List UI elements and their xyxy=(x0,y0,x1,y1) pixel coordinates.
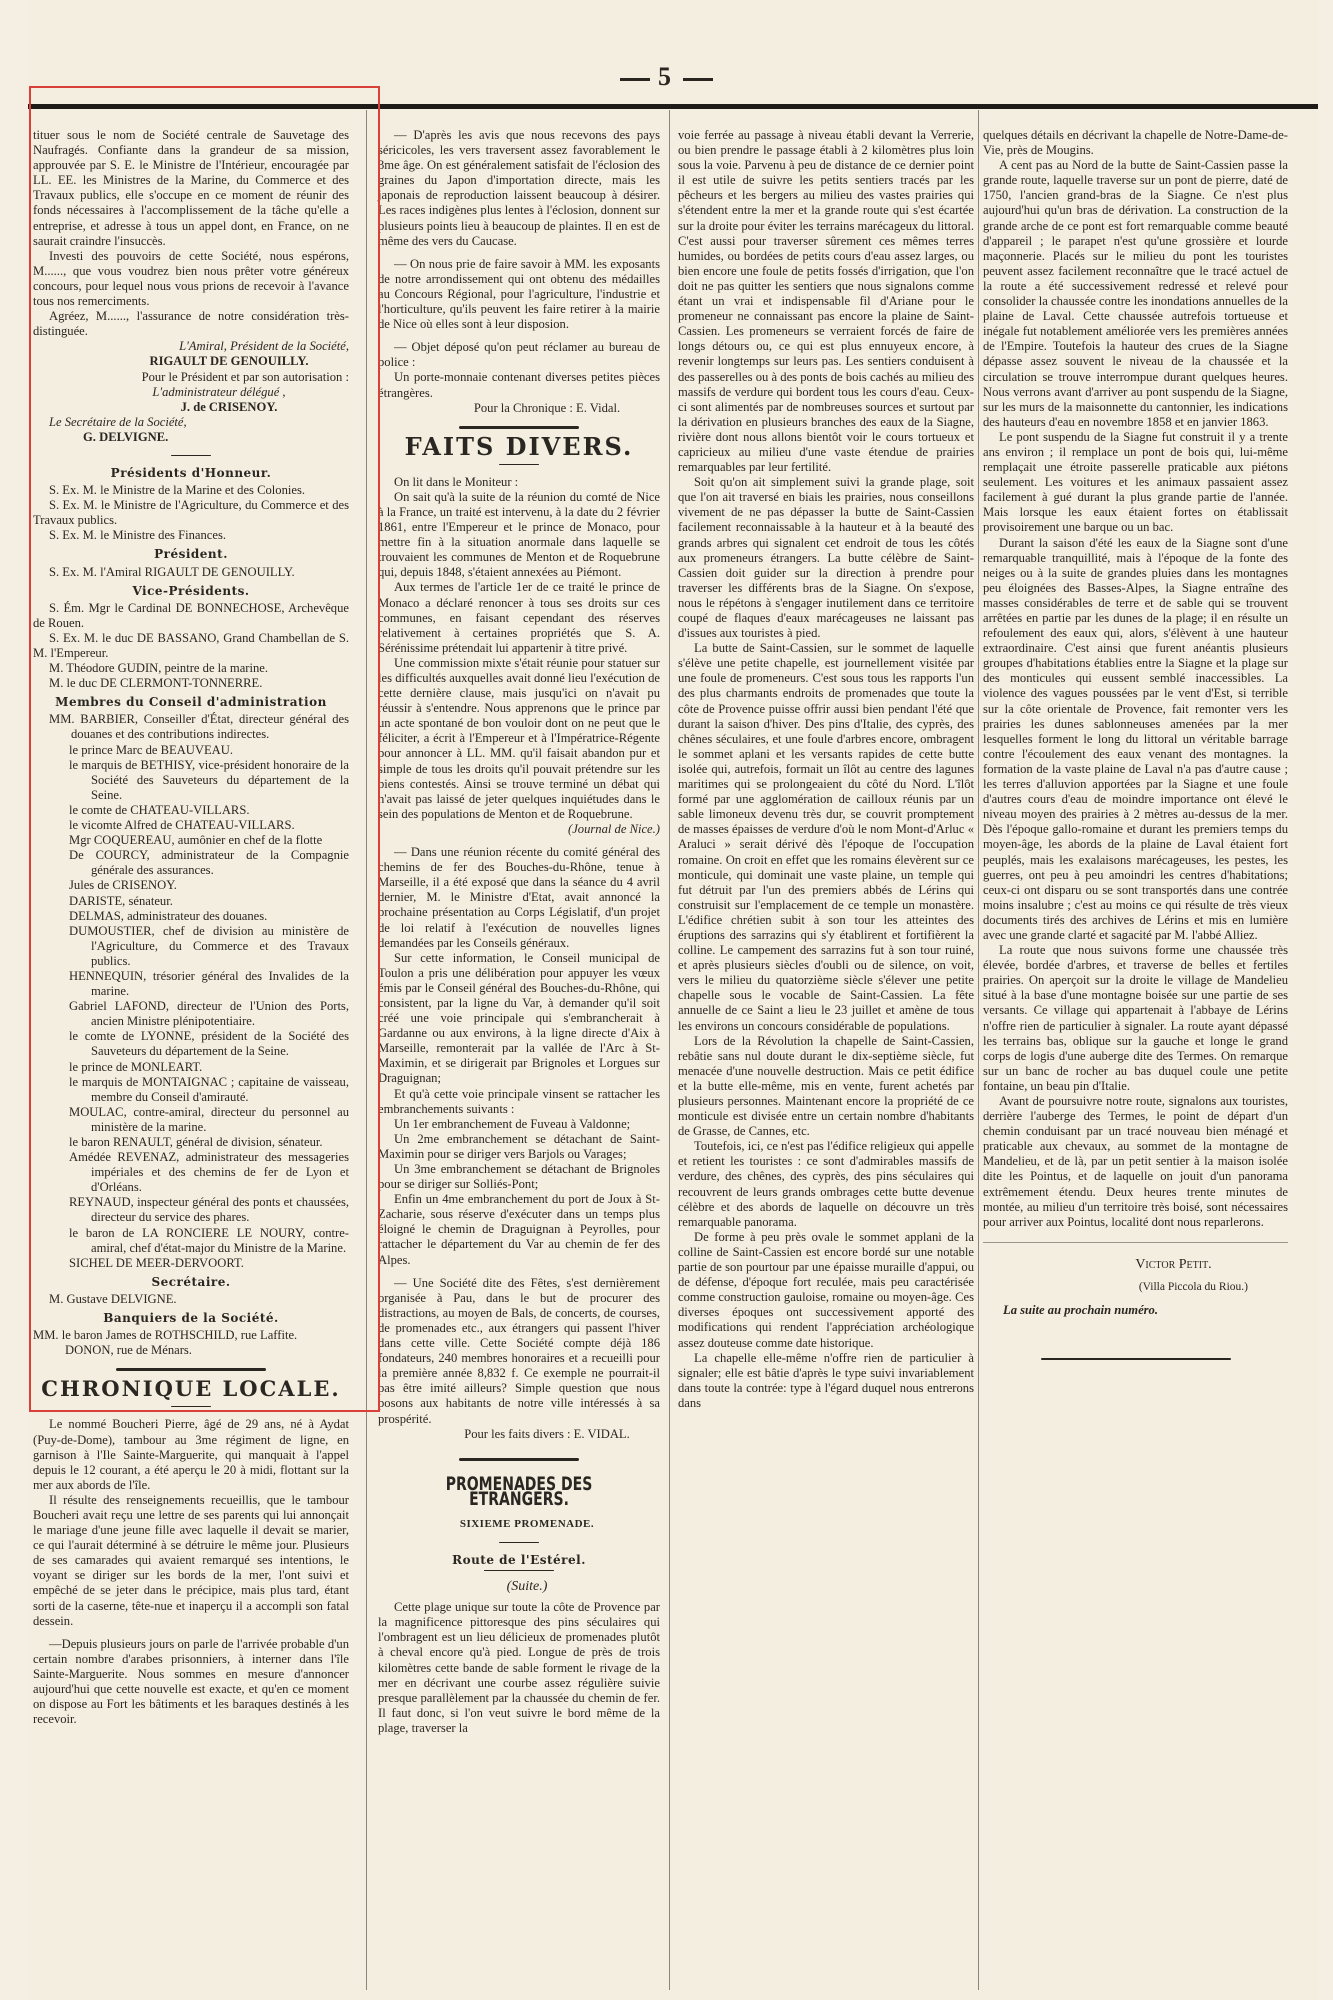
heading-president: Président. xyxy=(33,547,349,562)
news-sericiculture: — D'après les avis que nous recevons des… xyxy=(378,128,660,249)
conseil-member: DARISTE, sénateur. xyxy=(33,894,349,909)
conseil-list: le prince Marc de BEAUVEAU.le marquis de… xyxy=(33,743,349,1271)
faits-embranchement-2: Un 2me embranchement se détachant de Sai… xyxy=(378,1132,660,1162)
vice-president-4: M. le duc DE CLERMONT-TONNERRE. xyxy=(33,676,349,691)
society-appeal: Investi des pouvoirs de cette Société, n… xyxy=(33,249,349,309)
separator xyxy=(171,1406,211,1407)
conseil-member: MOULAC, contre-amiral, directeur du pers… xyxy=(33,1105,349,1135)
top-rule xyxy=(28,104,1318,109)
faits-monaco-2: Aux termes de l'article 1er de ce traité… xyxy=(378,580,660,655)
column-3: voie ferrée au passage à niveau établi d… xyxy=(678,128,974,1411)
faits-chemins-fer-2: Sur cette information, le Conseil munici… xyxy=(378,951,660,1087)
column-1: tituer sous le nom de Société centrale d… xyxy=(33,128,349,1727)
heading-presidents-honneur: Présidents d'Honneur. xyxy=(33,466,349,481)
faits-embranchement-4: Enfin un 4me embranchement du port de Jo… xyxy=(378,1192,660,1267)
separator xyxy=(499,464,539,465)
vice-president-2: S. Ex. M. le duc DE BASSANO, Grand Chamb… xyxy=(33,631,349,661)
ornament-rule xyxy=(459,1458,579,1461)
route-paragraph-9: quelques détails en décrivant la chapell… xyxy=(983,128,1288,158)
signature-for: Pour le Président et par son autorisatio… xyxy=(33,370,349,385)
route-paragraph-11: Le pont suspendu de la Siagne fut constr… xyxy=(983,430,1288,536)
admin-title: L'administrateur délégué , xyxy=(33,385,349,400)
conseil-member: SICHEL DE MEER-DERVOORT. xyxy=(33,1256,349,1271)
conseil-member: De COURCY, administrateur de la Compagni… xyxy=(33,848,349,878)
vice-president-3: M. Théodore GUDIN, peintre de la marine. xyxy=(33,661,349,676)
column-divider-2 xyxy=(669,110,670,1990)
conseil-member: le comte de LYONNE, président de la Soci… xyxy=(33,1029,349,1059)
chronique-paragraph-3: —Depuis plusieurs jours on parle de l'ar… xyxy=(33,1637,349,1728)
suite-prochain-numero: La suite au prochain numéro. xyxy=(983,1303,1288,1318)
chronique-signature: Pour la Chronique : E. Vidal. xyxy=(378,401,660,416)
heading-vice-presidents: Vice-Présidents. xyxy=(33,584,349,599)
heading-secretaire: Secrétaire. xyxy=(33,1275,349,1290)
secretary-name: G. DELVIGNE. xyxy=(33,430,349,445)
route-paragraph-4: La butte de Saint-Cassien, sur le sommet… xyxy=(678,641,974,1033)
secretaire-name: M. Gustave DELVIGNE. xyxy=(33,1292,349,1307)
conseil-member: le baron RENAULT, général de division, s… xyxy=(33,1135,349,1150)
conseil-member-first: MM. BARBIER, Conseiller d'État, directeu… xyxy=(33,712,349,742)
separator xyxy=(171,455,211,456)
faits-monaco-3: Une commission mixte s'était réunie pour… xyxy=(378,656,660,822)
separator-line xyxy=(983,1242,1288,1243)
heading-conseil: Membres du Conseil d'administration xyxy=(33,695,349,710)
folio-dash-right xyxy=(683,78,713,81)
route-paragraph-1: Cette plage unique sur toute la côte de … xyxy=(378,1600,660,1736)
route-paragraph-12: Durant la saison d'été les eaux de la Si… xyxy=(983,536,1288,944)
conseil-member: le prince de MONLEART. xyxy=(33,1060,349,1075)
chronique-paragraph-1: Le nommé Boucheri Pierre, âgé de 29 ans,… xyxy=(33,1417,349,1492)
conseil-member: REYNAUD, inspecteur général des ponts et… xyxy=(33,1195,349,1225)
route-paragraph-2: voie ferrée au passage à niveau établi d… xyxy=(678,128,974,475)
column-divider-3 xyxy=(978,110,979,1990)
conseil-member: le marquis de MONTAIGNAC ; capitaine de … xyxy=(33,1075,349,1105)
page-number: 5 xyxy=(0,62,1333,92)
vice-president-1: S. Ém. Mgr le Cardinal DE BONNECHOSE, Ar… xyxy=(33,601,349,631)
route-paragraph-6: Toutefois, ici, ce n'est pas l'édifice r… xyxy=(678,1139,974,1230)
news-objet-depose: — Objet déposé qu'on peut réclamer au bu… xyxy=(378,340,660,370)
society-closing: Agréez, M......, l'assurance de notre co… xyxy=(33,309,349,339)
heading-faits-divers: FAITS DIVERS. xyxy=(378,439,660,454)
route-paragraph-8: La chapelle elle-même n'offre rien de pa… xyxy=(678,1351,974,1411)
route-paragraph-13: La route que nous suivons forme une chau… xyxy=(983,943,1288,1094)
secretary-title: Le Secrétaire de la Société, xyxy=(33,415,349,430)
heading-chronique-locale: CHRONIQUE LOCALE. xyxy=(33,1381,349,1396)
conseil-member: le prince Marc de BEAUVEAU. xyxy=(33,743,349,758)
faits-societe-fetes: — Une Société dite des Fêtes, s'est dern… xyxy=(378,1276,660,1427)
route-paragraph-3: Soit qu'on ait simplement suivi la grand… xyxy=(678,475,974,641)
route-paragraph-5: Lors de la Révolution la chapelle de Sai… xyxy=(678,1034,974,1140)
ornament-rule xyxy=(116,1368,266,1371)
chronique-paragraph-2: Il résulte des renseignements recueillis… xyxy=(33,1493,349,1629)
admin-name: J. de CRISENOY. xyxy=(33,400,349,415)
heading-sixieme-promenade: SIXIEME PROMENADE. xyxy=(378,1517,660,1532)
conseil-member: Jules de CRISENOY. xyxy=(33,878,349,893)
news-medailles: — On nous prie de faire savoir à MM. les… xyxy=(378,257,660,332)
author-name: Victor Petit. xyxy=(983,1257,1288,1272)
faits-moniteur: On lit dans le Moniteur : xyxy=(378,475,660,490)
faits-source: (Journal de Nice.) xyxy=(378,822,660,837)
president-honneur-2: S. Ex. M. le Ministre de l'Agriculture, … xyxy=(33,498,349,528)
society-intro: tituer sous le nom de Société centrale d… xyxy=(33,128,349,249)
conseil-member: le vicomte Alfred de CHATEAU-VILLARS. xyxy=(33,818,349,833)
route-paragraph-14: Avant de poursuivre notre route, signalo… xyxy=(983,1094,1288,1230)
conseil-member: Mgr COQUEREAU, aumônier en chef de la fl… xyxy=(33,833,349,848)
banquier-2: DONON, rue de Ménars. xyxy=(33,1343,349,1358)
faits-monaco-1: On sait qu'à la suite de la réunion du c… xyxy=(378,490,660,581)
conseil-member: le baron de LA RONCIERE LE NOURY, contre… xyxy=(33,1226,349,1256)
conseil-member: DUMOUSTIER, chef de division au ministèr… xyxy=(33,924,349,969)
ornament-rule xyxy=(459,426,579,429)
faits-signature: Pour les faits divers : E. VIDAL. xyxy=(378,1427,660,1442)
ornament-rule xyxy=(1041,1358,1231,1360)
suite-label: (Suite.) xyxy=(378,1579,660,1594)
column-4: quelques détails en décrivant la chapell… xyxy=(983,128,1288,1400)
conseil-member: DELMAS, administrateur des douanes. xyxy=(33,909,349,924)
conseil-member: le marquis de BETHISY, vice-président ho… xyxy=(33,758,349,803)
author-villa: (Villa Piccola du Riou.) xyxy=(983,1280,1288,1295)
conseil-member: le comte de CHATEAU-VILLARS. xyxy=(33,803,349,818)
route-paragraph-7: De forme à peu près ovale le sommet appl… xyxy=(678,1230,974,1351)
conseil-member: HENNEQUIN, trésorier général des Invalid… xyxy=(33,969,349,999)
heading-banquiers: Banquiers de la Société. xyxy=(33,1311,349,1326)
column-divider-1 xyxy=(366,110,367,1990)
banquier-1: MM. le baron James de ROTHSCHILD, rue La… xyxy=(33,1328,349,1343)
separator xyxy=(499,1542,539,1543)
route-paragraph-10: A cent pas au Nord de la butte de Saint-… xyxy=(983,158,1288,430)
conseil-member: Gabriel LAFOND, directeur de l'Union des… xyxy=(33,999,349,1029)
heading-promenades: PROMENADES DES ÉTRANGERS. xyxy=(403,1477,634,1507)
president-honneur-3: S. Ex. M. le Ministre des Finances. xyxy=(33,528,349,543)
page-number-text: 5 xyxy=(658,62,675,91)
signature-title: L'Amiral, Président de la Société, xyxy=(33,339,349,354)
heading-route-esterel: Route de l'Estérel. xyxy=(378,1553,660,1568)
faits-embranchement-3: Un 3me embranchement se détachant de Bri… xyxy=(378,1162,660,1192)
news-porte-monnaie: Un porte-monnaie contenant diverses peti… xyxy=(378,370,660,400)
faits-chemins-fer-3: Et qu'à cette voie principale vinsent se… xyxy=(378,1087,660,1117)
folio-dash-left xyxy=(620,78,650,81)
faits-embranchement-1: Un 1er embranchement de Fuveau à Valdonn… xyxy=(378,1117,660,1132)
faits-chemins-fer-1: — Dans une réunion récente du comité gén… xyxy=(378,845,660,951)
separator xyxy=(484,1570,554,1571)
president-honneur-1: S. Ex. M. le Ministre de la Marine et de… xyxy=(33,483,349,498)
president-name: S. Ex. M. l'Amiral RIGAULT DE GENOUILLY. xyxy=(33,565,349,580)
signature-name: RIGAULT DE GENOUILLY. xyxy=(33,354,349,369)
column-2: — D'après les avis que nous recevons des… xyxy=(378,128,660,1736)
conseil-member: Amédée REVENAZ, administrateur des messa… xyxy=(33,1150,349,1195)
